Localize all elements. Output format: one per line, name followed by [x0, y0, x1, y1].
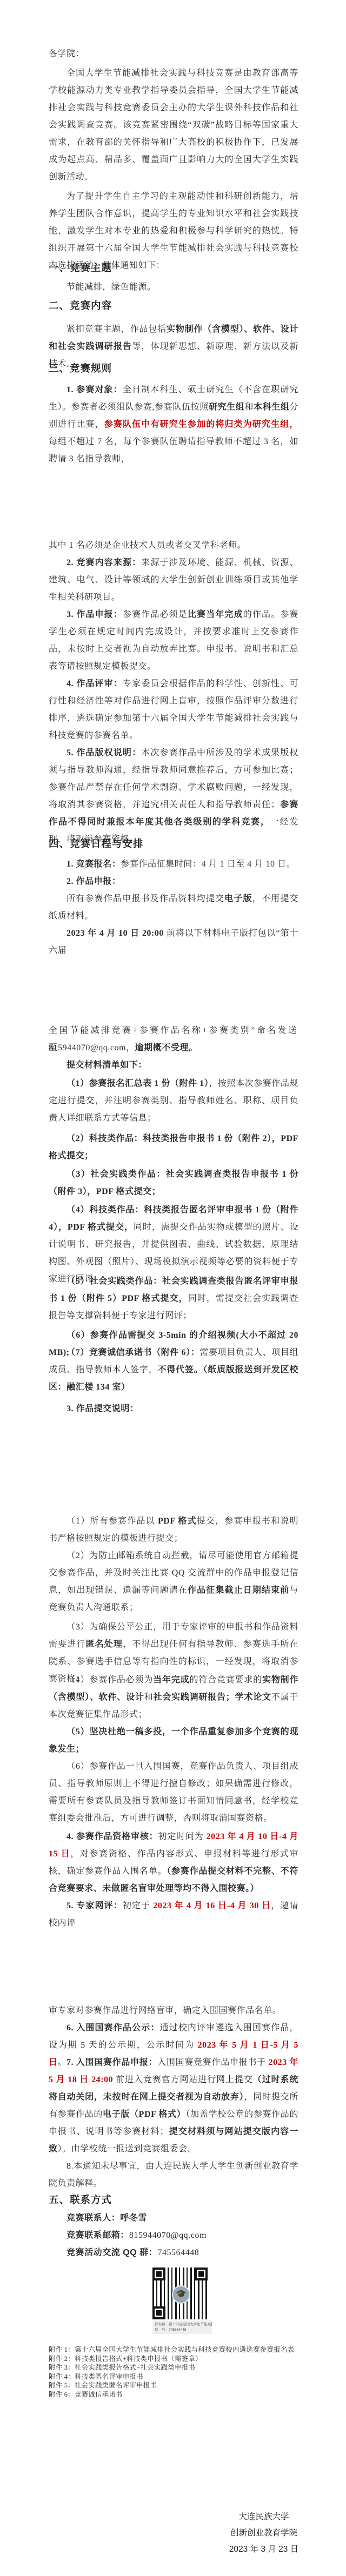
- text-run: 8.本通知未尽事宜，由大连民族大学大学生创新创业教育学院负责解释。: [49, 2162, 298, 2188]
- text-run: 2. 作品申报：: [66, 877, 121, 886]
- contact-line: 竞赛联系邮箱：815944070@qq.com: [49, 2227, 298, 2244]
- text-run: 815944070@qq.com: [129, 2231, 207, 2240]
- text-run: （3）社会实践类作品：社会实践调查类报告申报书 1 份（附件 3），PDF 格式…: [49, 1170, 298, 1196]
- text-run: 四、竞赛日程与安排: [49, 838, 144, 849]
- text-run: 竞赛活动交流 QQ 群：: [66, 2248, 157, 2257]
- text-run: 竞赛联系邮箱：: [66, 2231, 129, 2240]
- paragraph: （5）社会实践类作品：社会实践调查类报告匿名评审申报书 1 份（附件 5）PDF…: [49, 1273, 298, 1325]
- text-run: 逾期概不受理。: [135, 1043, 198, 1052]
- attachment-item: 附件 5：社会实践类匿名评审申报书: [49, 2381, 303, 2390]
- paragraph: （7）竞赛诚信承诺书（附件 6）：需要项目负责人、项目组成员、指导教师本人签字，…: [49, 1344, 298, 1396]
- paragraph: 提交材料清单如下：: [49, 1057, 298, 1074]
- text-run: 4. 参赛作品资格审核：: [66, 1832, 158, 1841]
- paragraph: 其中 1 名必须是企业技术人员或者交叉学科老师。: [49, 537, 298, 554]
- text-run: 815944070@qq.com，: [49, 1043, 135, 1052]
- paragraph: （6）参赛作品一旦入围国赛，竞赛作品负责人、项目组成员、指导教师原则上不得进行擅…: [49, 1758, 298, 1827]
- text-run: 二、竞赛内容: [49, 300, 112, 311]
- text-run: 电子版（PDF 格式）: [103, 2110, 185, 2119]
- text-run: 当年完成: [153, 1675, 189, 1685]
- text-run: 5. 专家网评：: [66, 1901, 123, 1910]
- section-heading: 一、竞赛主题: [49, 259, 298, 277]
- text-run: 竞赛联系人：呼冬雪: [66, 2213, 147, 2223]
- text-run: （1）所有参赛作品以: [66, 1517, 158, 1526]
- text-run: （2）科技类作品：科技类报告申报书 1 份（附件 2），PDF 格式提交；: [49, 1134, 298, 1160]
- attachment-item: 附件 6：竞赛诚信承诺书: [49, 2390, 303, 2399]
- text-run: 社会实践调研报告；学术论文: [154, 1693, 271, 1702]
- attachment-list: 附件 1：第十六届全国大学生节能减排社会实践与科技竞赛校内遴选赛参赛报名表附件 …: [49, 2345, 303, 2399]
- text-run: 6. 入围国赛作品公示：: [66, 2023, 160, 2032]
- paragraph: 8.本通知未尽事宜，由大连民族大学大学生创新创业教育学院负责解释。: [49, 2158, 298, 2192]
- paragraph: （3）社会实践类作品：社会实践调查类报告申报书 1 份（附件 3），PDF 格式…: [49, 1166, 298, 1200]
- text-run: 紧扣竞赛主题，作品包括: [66, 325, 167, 334]
- text-run: 节能减排，绿色能源。: [66, 283, 156, 292]
- paragraph: 所有参赛作品申报书及作品资料均提交电子版，不用提交纸质材料。: [49, 890, 298, 925]
- text-run: 所有参赛作品申报书及作品资料均提交: [66, 894, 224, 903]
- text-run: 的符合竞赛要求的: [189, 1675, 262, 1685]
- text-run: 前进入竞赛官方网站进行网上提交: [116, 2075, 253, 2084]
- paragraph: （2）为防止邮箱系统自动拦截，请尽可能使用官方邮箱提交参赛作品，并及时关注比赛 …: [49, 1547, 298, 1616]
- paragraph: （1）参赛报名汇总表 1 份（附件 1），按照本次参赛作品规定进行提交，并注明参…: [49, 1075, 298, 1127]
- signature-line: 大连民族大学: [221, 2509, 307, 2525]
- qr-caption-line: 群 号：745564448: [155, 2327, 210, 2333]
- text-run: 2. 竞赛内容来源：: [66, 558, 141, 567]
- text-run: 全国大学生节能减排社会实践与科技竞赛是由教育部高等学校能源动力类专业教学指导委员…: [49, 69, 298, 182]
- text-run: PDF 格式: [158, 1517, 197, 1526]
- text-run: 匿名处理: [86, 1640, 123, 1649]
- qr-finder-bottom-left-icon: [152, 2306, 165, 2319]
- qq-group-qr-code: 🎓: [152, 2268, 208, 2319]
- text-run: 2023 年 4 月 10 日 20:00: [66, 929, 167, 938]
- text-run: 各学院：: [49, 49, 84, 58]
- text-run: （6）参赛作品一旦入围国赛，竞赛作品负责人、项目组成员、指导教师原则上不得进行擅…: [49, 1762, 298, 1823]
- paragraph: 全国大学生节能减排社会实践与科技竞赛是由教育部高等学校能源动力类专业教学指导委员…: [49, 65, 298, 186]
- paragraph: 7. 入围国赛作品申报：入围国赛竞赛作品申报书于 2023 年 5 月 18 日…: [49, 2054, 298, 2158]
- text-run: 初定于: [123, 1901, 153, 1910]
- section-heading: 五、联系方式: [49, 2191, 298, 2209]
- text-run: 2023 年 4 月 16 日-4 月 30 日: [153, 1901, 271, 1910]
- document-page: 各学院：全国大学生节能减排社会实践与科技竞赛是由教育部高等学校能源动力类专业教学…: [0, 0, 346, 2576]
- text-run: 745564448: [157, 2248, 199, 2257]
- paragraph: 1. 参赛对象：全日制本科生、硕士研究生（不含在职研究生）。参赛者必须组队参赛,…: [49, 381, 298, 468]
- text-run: 5. 作品版权说明：: [66, 748, 141, 757]
- attachment-item: 附件 3：社会实践类报告格式+社会实践类申报书: [49, 2363, 303, 2372]
- graduation-cap-icon: 🎓: [172, 2285, 190, 2304]
- contact-line: 竞赛联系人：呼冬雪: [49, 2210, 298, 2227]
- text-run: （7）竞赛诚信承诺书（附件 6）：: [66, 1348, 199, 1357]
- contact-line: 竞赛活动交流 QQ 群：745564448: [49, 2244, 298, 2262]
- attachment-item: 附件 2：科技类报告格式+科技类申报书（需签章）: [49, 2354, 303, 2364]
- paragraph: 1. 竞赛报名：参赛作品征集时间：4 月 1 日至 4 月 10 日。: [49, 856, 298, 873]
- text-run: 每组不超过 7 名，每个参赛队伍聘请指导教师不超过 3 名，如聘请 3 名指导教…: [49, 437, 298, 464]
- paragraph: 2023 年 4 月 10 日 20:00 前将以下材料电子版打包以“第十六届: [49, 925, 298, 960]
- text-run: 提交材料清单如下：: [66, 1061, 147, 1070]
- attachment-item: 附件 4：科技类匿名评审申报书: [49, 2372, 303, 2382]
- paragraph: 5. 作品版权说明：本次参赛作品中所涉及的学术成果版权须与指导教师沟通，经指导教…: [49, 744, 298, 848]
- text-run: 参赛作品征集时间：4 月 1 日至 4 月 10 日。: [121, 860, 295, 869]
- paragraph: 节能减排，绿色能源。: [49, 279, 298, 296]
- paragraph: （5）坚决杜绝一稿多投，一个作品重复参加多个竞赛的现象发生；: [49, 1723, 298, 1758]
- text-run: 3. 作品提交说明：: [66, 1404, 139, 1413]
- text-run: 和: [144, 1693, 154, 1702]
- signature-line: 创新创业教育学院: [221, 2525, 307, 2541]
- paragraph: 3. 作品申报：参赛作品必须是比赛当年完成的作品。参赛学生必须在规定时间内完成设…: [49, 606, 298, 675]
- paragraph: 815944070@qq.com，逾期概不受理。: [49, 1039, 298, 1057]
- text-run: （5）坚决杜绝一稿多投，一个作品重复参加多个竞赛的现象发生；: [49, 1727, 298, 1754]
- paragraph: 审专家对参赛作品进行网络盲审，确定入围国赛作品名单。: [49, 2002, 298, 2020]
- signature-block: 大连民族大学创新创业教育学院2023 年 3 月 23 日: [221, 2509, 307, 2558]
- text-run: 参赛作品必须是: [123, 610, 188, 619]
- text-run: （1）参赛报名汇总表 1 份（附件 1）: [66, 1079, 209, 1088]
- section-heading: 三、竞赛规则: [49, 360, 298, 377]
- text-run: 参赛队伍中有研究生参加的将归类为研究生组，: [104, 420, 298, 429]
- text-run: 研究生组: [209, 403, 245, 412]
- text-run: 一、竞赛主题: [49, 262, 112, 273]
- paragraph: 4. 参赛作品资格审核：初定时间为 2023 年 4 月 10 日-4 月 15…: [49, 1828, 298, 1897]
- text-run: 1. 参赛对象：: [66, 385, 123, 394]
- paragraph: （2）科技类作品：科技类报告申报书 1 份（附件 2），PDF 格式提交；: [49, 1130, 298, 1165]
- text-run: 其中 1 名必须是企业技术人员或者交叉学科老师。: [49, 541, 246, 550]
- text-run: 比赛当年完成: [188, 610, 243, 619]
- text-run: 电子版: [224, 894, 252, 903]
- text-run: 7. 入围国赛作品申报：: [66, 2058, 157, 2067]
- salutation: 各学院：: [49, 45, 298, 63]
- paragraph: （1）所有参赛作品以 PDF 格式提交，参赛申报书和说明书严格按照规定的模板进行…: [49, 1513, 298, 1547]
- text-run: 五、联系方式: [49, 2194, 112, 2205]
- qr-finder-top-left-icon: [152, 2268, 165, 2280]
- qr-caption-line: 群名称：第十六届全国大学生节能减排: [155, 2322, 210, 2327]
- text-run: 和: [244, 403, 254, 412]
- text-run: 作品征集截止日期结束前: [188, 1586, 289, 1595]
- text-run: （4）参赛作品必须为: [66, 1675, 153, 1685]
- paragraph: 5. 专家网评：初定于 2023 年 4 月 16 日-4 月 30 日，邀请校…: [49, 1897, 298, 1932]
- qr-caption: 群名称：第十六届全国大学生节能减排群 号：745564448: [152, 2320, 212, 2334]
- paragraph: 4. 作品评审：专家委员会根据作品的科学性、创新性、可行性和经济性等对作品进行网…: [49, 675, 298, 744]
- text-run: 审专家对参赛作品进行网络盲审，确定入围国赛作品名单。: [49, 2006, 281, 2015]
- text-run: 初定时间为: [158, 1832, 207, 1841]
- signature-line: 2023 年 3 月 23 日: [221, 2541, 307, 2558]
- text-run: ）。由学校统一报送到竞赛组委会。: [58, 2144, 197, 2154]
- section-heading: 二、竞赛内容: [49, 297, 298, 314]
- text-run: 3. 作品申报：: [66, 610, 123, 619]
- paragraph: 2. 竞赛内容来源：来源于涉及环境、能源、机械、资源、建筑、电气、设计等领域的大…: [49, 554, 298, 606]
- attachment-item: 附件 1：第十六届全国大学生节能减排社会实践与科技竞赛校内遴选赛参赛报名表: [49, 2345, 303, 2354]
- text-run: 为了提升学生自主学习的主观能动性和科研创新能力，培养学生团队合作意识，提高学生的…: [49, 192, 298, 270]
- text-run: 1. 竞赛报名：: [66, 860, 121, 869]
- text-run: 入围国赛竞赛作品申报书于: [157, 2058, 268, 2067]
- paragraph: 2. 作品申报：: [49, 873, 298, 890]
- text-run: 三、竞赛规则: [49, 363, 112, 374]
- paragraph: 3. 作品提交说明：: [49, 1400, 298, 1418]
- text-run: 本科生组: [254, 403, 290, 412]
- qr-finder-top-right-icon: [195, 2268, 208, 2280]
- text-run: 4. 作品评审：: [66, 679, 123, 688]
- paragraph: （4）参赛作品必须为当年完成的符合竞赛要求的实物制作（含模型）、软件、设计和社会…: [49, 1672, 298, 1723]
- section-heading: 四、竞赛日程与安排: [49, 835, 298, 853]
